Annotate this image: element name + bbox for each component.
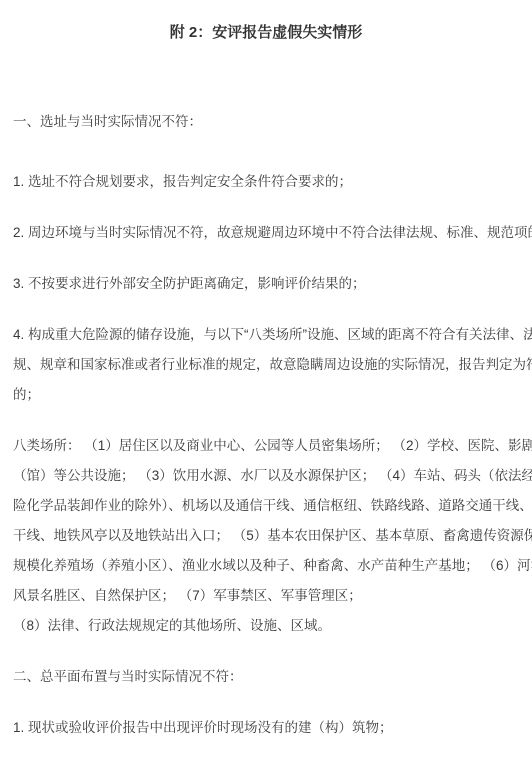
document-body: 一、选址与当时实际情况不符：1. 选址不符合规划要求，报告判定安全条件符合要求的…: [13, 107, 532, 743]
item-1-4: 4. 构成重大危险源的储存设施，与以下“八类场所”设施、区域的距离不符合有关法律…: [13, 320, 532, 410]
section-2-heading: 二、总平面布置与当时实际情况不符：: [13, 662, 532, 692]
text-line: （馆）等公共设施； （3）饮用水源、水厂以及水源保护区； （4）车站、码头（依法…: [13, 461, 532, 491]
text-line: 险化学品装卸作业的除外）、机场以及通信干线、通信枢纽、铁路线路、道路交通干线、水…: [13, 491, 532, 521]
eight-places-note: 八类场所： （1）居住区以及商业中心、公园等人员密集场所； （2）学校、医院、影…: [13, 431, 532, 641]
text-line: 的；: [13, 380, 532, 410]
document-title: 附 2：安评报告虚假失实情形: [13, 18, 519, 48]
text-line: （8）法律、行政法规规定的其他场所、设施、区域。: [13, 611, 532, 641]
text-line: 2. 周边环境与当时实际情况不符，故意规避周边环境中不符合法律法规、标准、规范项…: [13, 218, 532, 248]
text-line: 干线、地铁风亭以及地铁站出入口； （5）基本农田保护区、基本草原、畜禽遗传资源保…: [13, 521, 532, 551]
text-line: 4. 构成重大危险源的储存设施，与以下“八类场所”设施、区域的距离不符合有关法律…: [13, 320, 532, 350]
text-line: 1. 现状或验收评价报告中出现评价时现场没有的建（构）筑物；: [13, 713, 532, 743]
document-page: 附 2：安评报告虚假失实情形 一、选址与当时实际情况不符：1. 选址不符合规划要…: [0, 0, 532, 770]
item-1-2: 2. 周边环境与当时实际情况不符，故意规避周边环境中不符合法律法规、标准、规范项…: [13, 218, 532, 248]
text-line: 规模化养殖场（养殖小区）、渔业水域以及种子、种畜禽、水产苗种生产基地； （6）河…: [13, 551, 532, 581]
text-line: 八类场所： （1）居住区以及商业中心、公园等人员密集场所； （2）学校、医院、影…: [13, 431, 532, 461]
text-line: 一、选址与当时实际情况不符：: [13, 107, 532, 137]
item-2-1: 1. 现状或验收评价报告中出现评价时现场没有的建（构）筑物；: [13, 713, 532, 743]
text-line: 风景名胜区、自然保护区； （7）军事禁区、军事管理区；: [13, 581, 532, 611]
text-line: 规、规章和国家标准或者行业标准的规定，故意隐瞒周边设施的实际情况，报告判定为符合: [13, 350, 532, 380]
text-line: 二、总平面布置与当时实际情况不符：: [13, 662, 532, 692]
item-1-3: 3. 不按要求进行外部安全防护距离确定，影响评价结果的；: [13, 269, 532, 299]
text-line: 1. 选址不符合规划要求，报告判定安全条件符合要求的；: [13, 167, 532, 197]
section-1-heading: 一、选址与当时实际情况不符：: [13, 107, 532, 137]
item-1-1: 1. 选址不符合规划要求，报告判定安全条件符合要求的；: [13, 167, 532, 197]
text-line: 3. 不按要求进行外部安全防护距离确定，影响评价结果的；: [13, 269, 532, 299]
